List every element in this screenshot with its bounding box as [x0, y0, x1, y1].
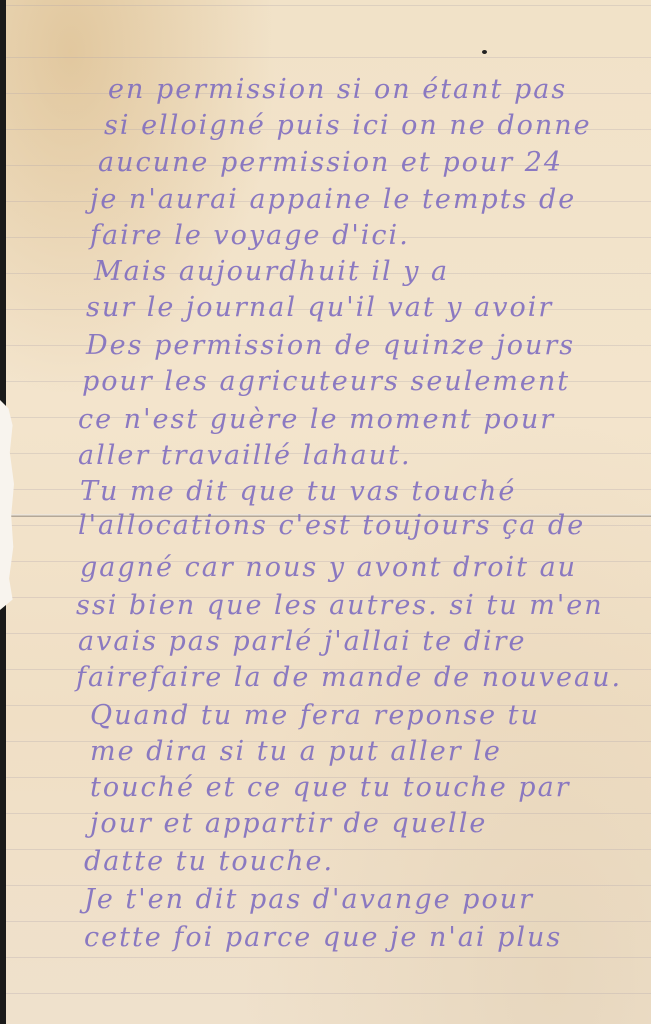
text-line: fairefaire la de mande de nouveau.: [76, 662, 622, 693]
text-line: Des permission de quinze jours: [86, 330, 575, 361]
text-line: ce n'est guère le moment pour: [78, 404, 555, 435]
text-line: ssi bien que les autres. si tu m'en: [76, 590, 604, 621]
text-line: Tu me dit que tu vas touché: [80, 476, 516, 507]
text-line: aucune permission et pour 24: [98, 147, 563, 178]
text-line: gagné car nous y avont droit au: [80, 552, 577, 583]
text-line: je n'aurai appaine le tempts de: [90, 184, 576, 215]
text-line: faire le voyage d'ici.: [90, 220, 410, 251]
text-line: Mais aujourdhuit il y a: [94, 256, 449, 287]
text-line: aller travaillé lahaut.: [78, 440, 412, 471]
handwritten-text: en permission si on étant pas si elloign…: [0, 0, 651, 1024]
text-line: en permission si on étant pas: [108, 74, 567, 105]
text-line: sur le journal qu'il vat y avoir: [86, 292, 553, 323]
text-line: Quand tu me fera reponse tu: [90, 700, 540, 731]
text-line: datte tu touche.: [84, 846, 334, 877]
text-line: touché et ce que tu touche par: [90, 772, 571, 803]
text-line: me dira si tu a put aller le: [90, 736, 502, 767]
text-line: avais pas parlé j'allai te dire: [78, 626, 527, 657]
text-line: si elloigné puis ici on ne donne: [104, 110, 592, 141]
text-line: jour et appartir de quelle: [90, 808, 487, 839]
text-line: pour les agricuteurs seulement: [82, 366, 570, 397]
text-line: l'allocations c'est toujours ça de: [78, 510, 585, 541]
text-line: cette foi parce que je n'ai plus: [84, 922, 562, 953]
text-line: Je t'en dit pas d'avange pour: [84, 884, 534, 915]
